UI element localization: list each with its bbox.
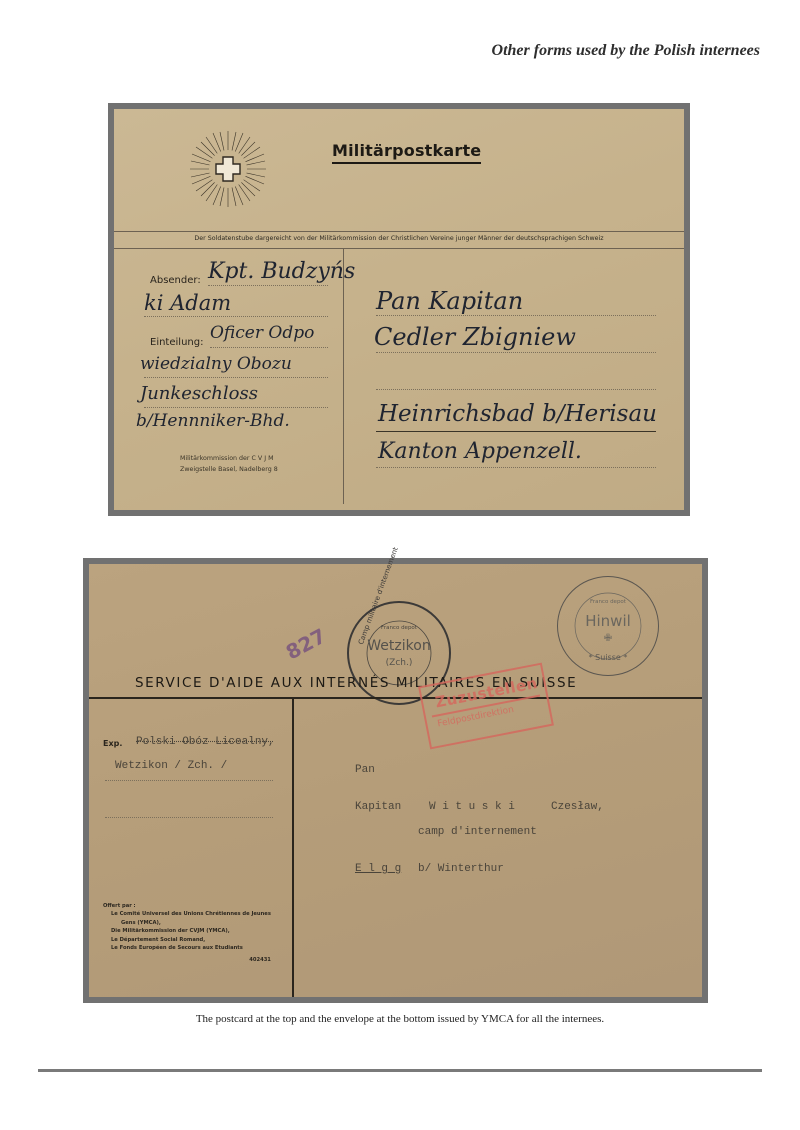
dotted-line: [105, 817, 273, 818]
einteilung-value-line3: Junkeschloss: [140, 383, 258, 404]
postmark-place: Hinwil: [558, 612, 658, 630]
einteilung-value-line1: Oficer Odpo: [210, 323, 314, 343]
recipient-firstname: Czesław,: [551, 801, 604, 813]
einteilung-value-line2: wiedzialny Obozu: [140, 354, 292, 374]
offert-line4: Le Fonds Européen de Secours aux Etudian…: [103, 944, 271, 952]
address-line5: Kanton Appenzell.: [378, 439, 582, 464]
swiss-cross-icon: ✙: [558, 633, 658, 644]
dotted-line: [376, 467, 656, 468]
recipient-place: E l g g: [355, 863, 401, 875]
offert-line1: Le Comité Universel des Unions Chrétienn…: [103, 910, 271, 918]
address-line1: Pan Kapitan: [376, 287, 523, 315]
sender-line1: Polski Obóz Licealny,: [136, 736, 275, 748]
underline: [376, 431, 656, 432]
recipient-surname: W i t u s k i: [429, 801, 515, 813]
sender-line2: Wetzikon / Zch. /: [115, 760, 227, 772]
offert-par-block: Offert par : Le Comité Universel des Uni…: [103, 902, 271, 965]
postcard: Militärpostkarte Der Soldatenstube darge…: [114, 109, 684, 510]
imprint-line1: Militärkommission der C V J M: [180, 453, 278, 464]
dotted-line: [105, 780, 273, 781]
postmark-bottom: * Suisse *: [558, 653, 658, 662]
dotted-line: [208, 285, 328, 286]
swiss-cross-sunburst-icon: [188, 129, 268, 209]
postcard-divider: [343, 249, 344, 504]
absender-value-line2: ki Adam: [144, 291, 231, 315]
postmark-top: Franco depot: [558, 599, 658, 605]
offert-line2: Die Militärkommission der CVJM (YMCA),: [103, 927, 271, 935]
censor-number-stamp: 827: [282, 624, 330, 665]
postcard-banner: Der Soldatenstube dargereicht von der Mi…: [114, 235, 684, 242]
dotted-line: [144, 316, 328, 317]
offert-line3: Le Département Social Romand,: [103, 936, 271, 944]
einteilung-label: Einteilung:: [150, 337, 203, 348]
postmark-sub: (Zch.): [349, 658, 449, 668]
absender-value-line1: Kpt. Budzyńs: [208, 259, 355, 284]
envelope: 827 Franco depot Wetzikon (Zch.) Camp mi…: [89, 564, 702, 997]
recipient-line1: Pan: [355, 764, 375, 776]
envelope-divider: [292, 698, 294, 997]
exp-label: Exp.: [103, 739, 122, 748]
recipient-rank: Kapitan: [355, 801, 401, 813]
envelope-frame: 827 Franco depot Wetzikon (Zch.) Camp mi…: [83, 558, 708, 1003]
address-line4: Heinrichsbad b/Herisau: [378, 401, 657, 427]
address-line2: Cedler Zbigniew: [374, 323, 576, 351]
dotted-line: [376, 389, 656, 390]
dotted-line: [376, 315, 656, 316]
figure-caption: The postcard at the top and the envelope…: [0, 1013, 800, 1025]
dotted-line: [144, 377, 328, 378]
postcard-imprint: Militärkommission der C V J M Zweigstell…: [180, 453, 278, 475]
recipient-line3: camp d'internement: [418, 826, 537, 838]
banner-top-rule: [114, 231, 684, 232]
dotted-line: [144, 407, 328, 408]
hinwil-postmark: Franco depot Hinwil ✙ * Suisse *: [557, 576, 659, 676]
banner-bottom-rule: [114, 248, 684, 249]
postcard-title: Militärpostkarte: [332, 141, 481, 164]
einteilung-value-line4: b/Hennniker-Bhd.: [136, 411, 290, 431]
recipient-line4-rest: b/ Winterthur: [418, 863, 504, 875]
page-header: Other forms used by the Polish internees: [492, 42, 760, 60]
offert-line1b: Gens (YMCA),: [103, 919, 271, 927]
offert-code: 402431: [103, 952, 271, 964]
dotted-line: [376, 352, 656, 353]
footer-rule: [38, 1069, 762, 1072]
absender-label: Absender:: [150, 275, 201, 286]
offert-title: Offert par :: [103, 902, 271, 910]
dotted-line: [210, 347, 328, 348]
postcard-frame: Militärpostkarte Der Soldatenstube darge…: [108, 103, 690, 516]
envelope-header-rule: [89, 697, 702, 699]
imprint-line2: Zweigstelle Basel, Nadelberg 8: [180, 464, 278, 475]
